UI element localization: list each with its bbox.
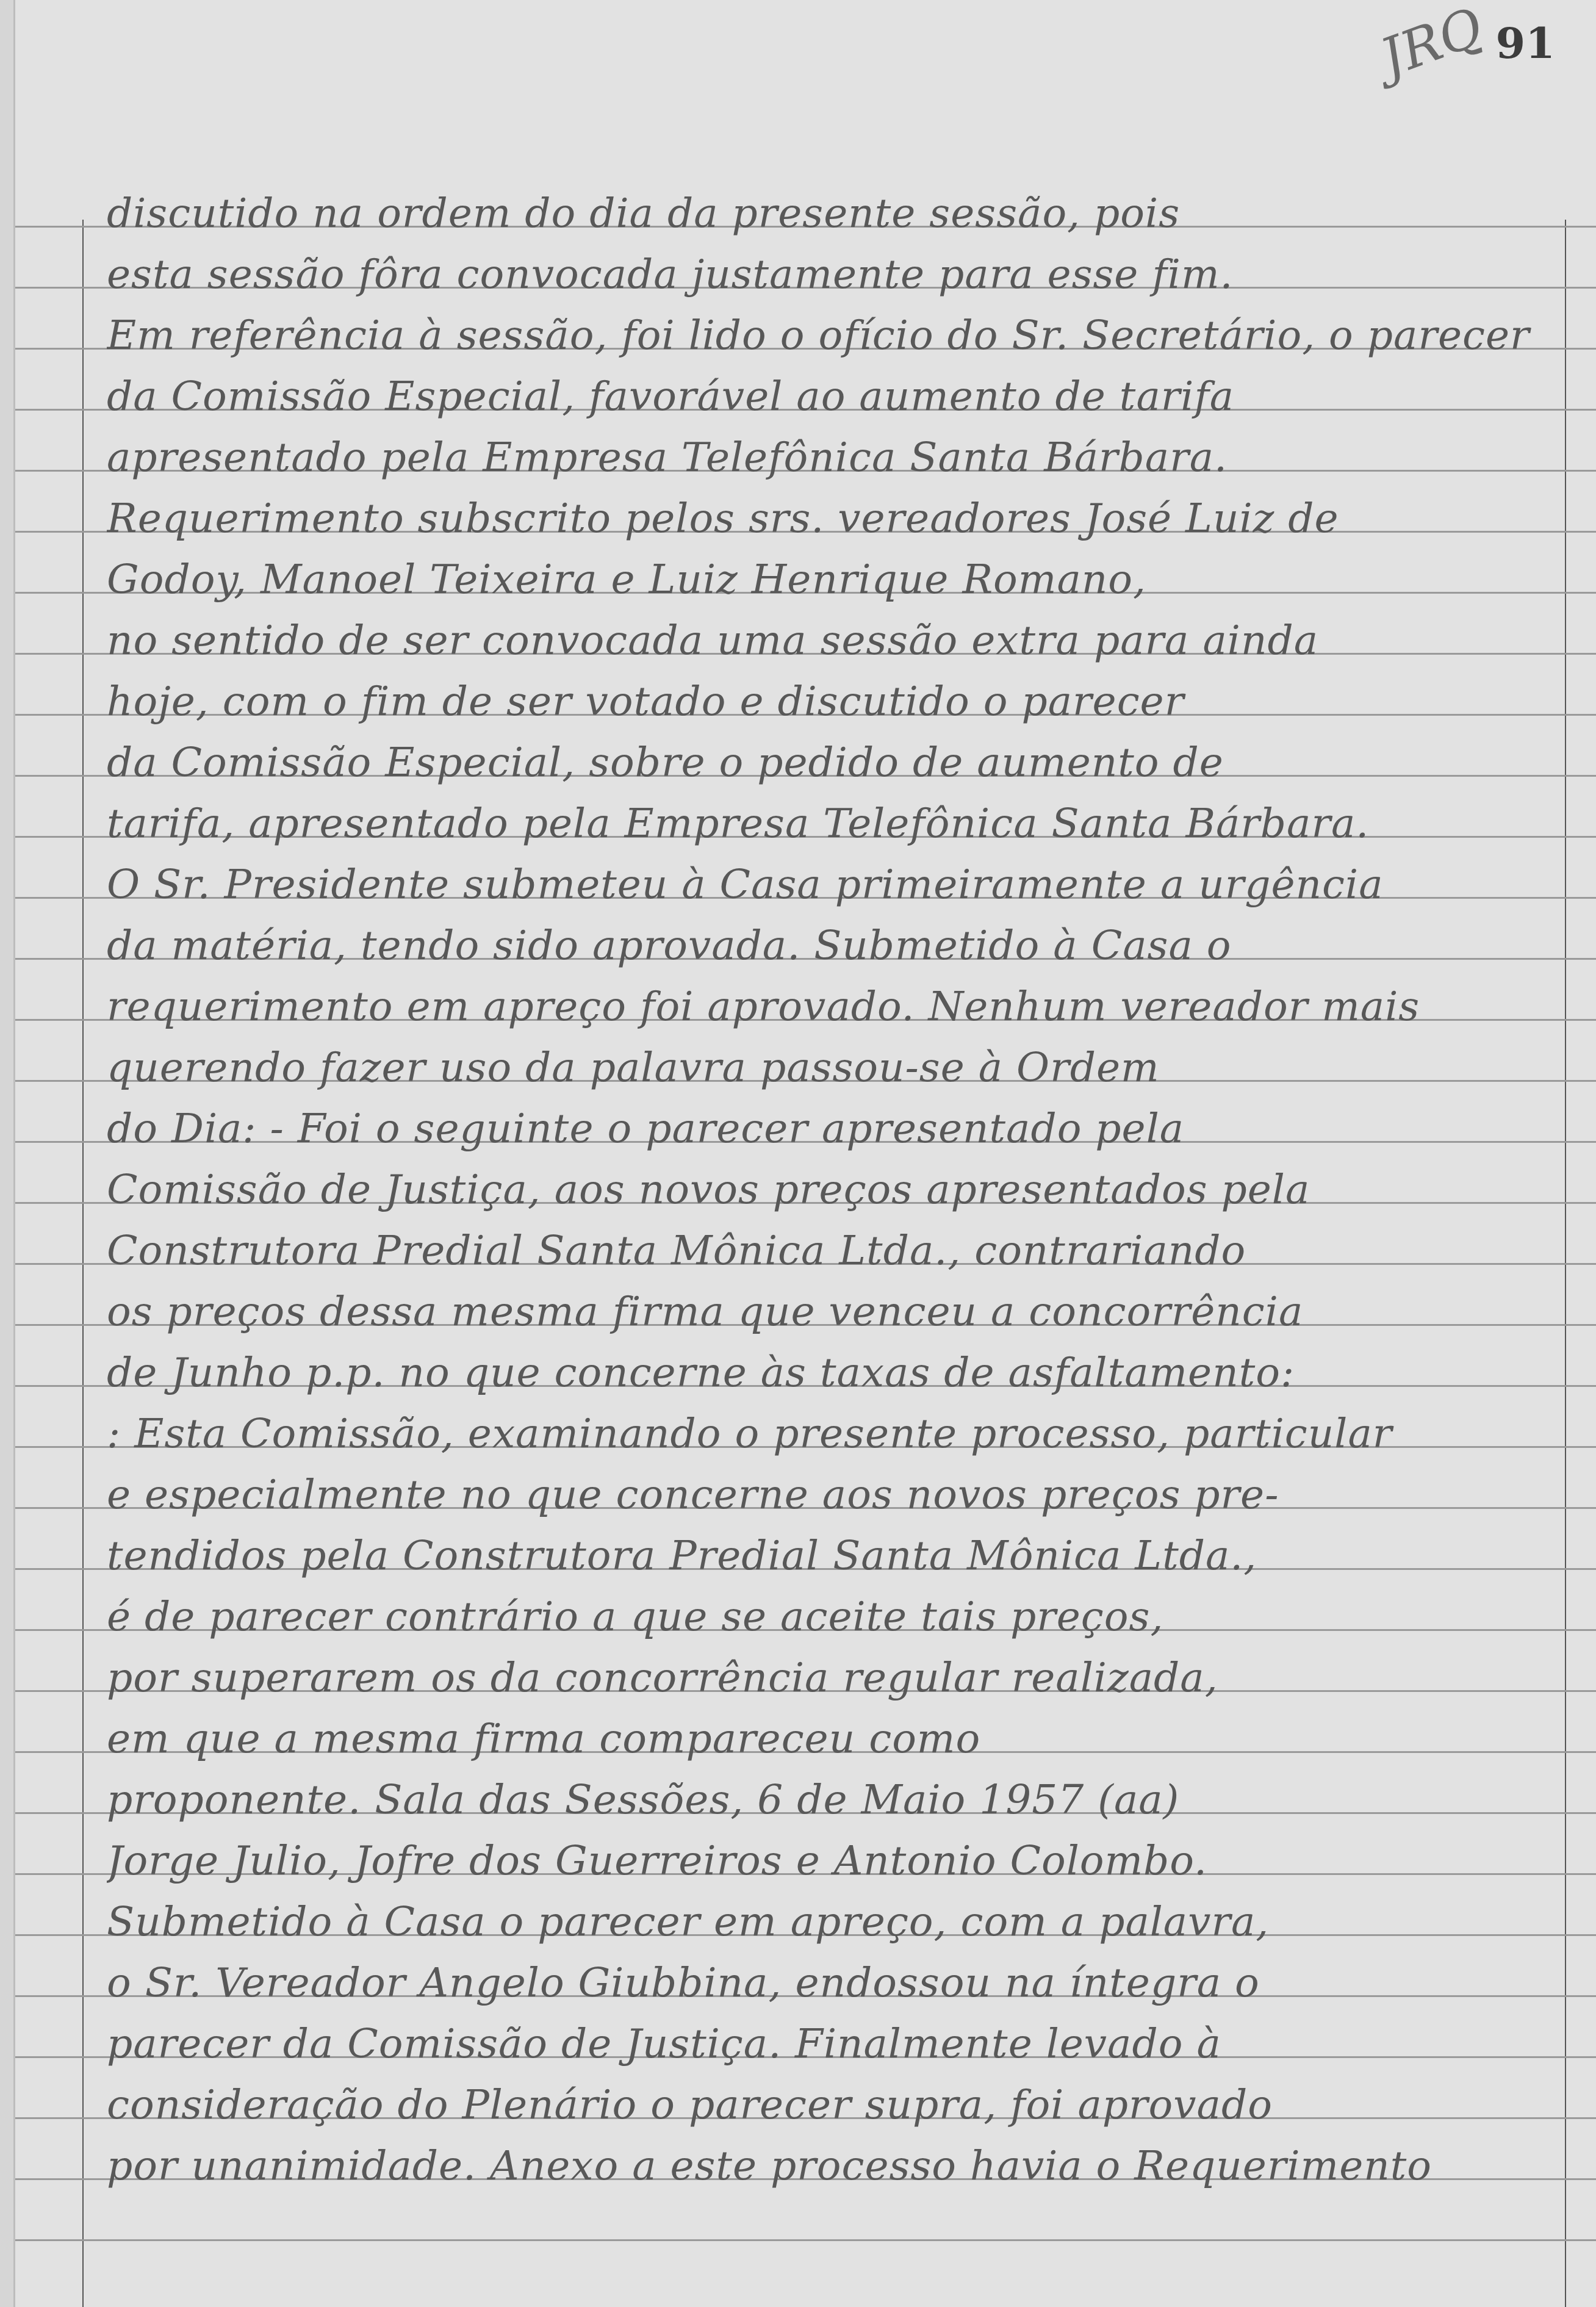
ledger-page: JRQ 91 discutido na ordem do dia da pres…	[13, 0, 1596, 2307]
text-line: por superarem os da concorrência regular…	[107, 1647, 1565, 1708]
text-line: requerimento em apreço foi aprovado. Nen…	[107, 976, 1565, 1037]
text-line: e especialmente no que concerne aos novo…	[107, 1464, 1565, 1525]
text-line: esta sessão fôra convocada justamente pa…	[107, 244, 1565, 305]
text-line: Godoy, Manoel Teixeira e Luiz Henrique R…	[107, 549, 1565, 610]
text-line: Comissão de Justiça, aos novos preços ap…	[107, 1159, 1565, 1220]
text-line: Submetido à Casa o parecer em apreço, co…	[107, 1891, 1565, 1952]
text-line: da matéria, tendo sido aprovada. Submeti…	[107, 915, 1565, 976]
text-line: de Junho p.p. no que concerne às taxas d…	[107, 1342, 1565, 1403]
text-line: da Comissão Especial, sobre o pedido de …	[107, 732, 1565, 793]
text-line: O Sr. Presidente submeteu à Casa primeir…	[107, 854, 1565, 915]
text-line: é de parecer contrário a que se aceite t…	[107, 1586, 1565, 1647]
text-line: Construtora Predial Santa Mônica Ltda., …	[107, 1220, 1565, 1281]
text-line: no sentido de ser convocada uma sessão e…	[107, 610, 1565, 671]
initials-signature: JRQ	[1373, 0, 1491, 89]
text-line: : Esta Comissão, examinando o presente p…	[107, 1403, 1565, 1464]
text-line: os preços dessa mesma firma que venceu a…	[107, 1281, 1565, 1342]
text-line: consideração do Plenário o parecer supra…	[107, 2075, 1565, 2136]
text-line: Requerimento subscrito pelos srs. veread…	[107, 488, 1565, 549]
text-line: hoje, com o fim de ser votado e discutid…	[107, 671, 1565, 732]
page-number: 91	[1496, 18, 1555, 68]
text-line: querendo fazer uso da palavra passou-se …	[107, 1037, 1565, 1098]
text-line: em que a mesma firma compareceu como	[107, 1708, 1565, 1769]
text-line: parecer da Comissão de Justiça. Finalmen…	[107, 2014, 1565, 2075]
text-line: o Sr. Vereador Angelo Giubbina, endossou…	[107, 1952, 1565, 2014]
ruled-line	[15, 2239, 1596, 2241]
text-line: tarifa, apresentado pela Empresa Telefôn…	[107, 793, 1565, 854]
text-line: discutido na ordem do dia da presente se…	[107, 183, 1565, 244]
text-line: tendidos pela Construtora Predial Santa …	[107, 1525, 1565, 1586]
text-line: Jorge Julio, Jofre dos Guerreiros e Anto…	[107, 1830, 1565, 1891]
text-line: proponente. Sala das Sessões, 6 de Maio …	[107, 1769, 1565, 1830]
text-line: Em referência à sessão, foi lido o ofíci…	[107, 305, 1565, 366]
text-line: apresentado pela Empresa Telefônica Sant…	[107, 427, 1565, 488]
text-line: por unanimidade. Anexo a este processo h…	[107, 2136, 1565, 2197]
text-line: da Comissão Especial, favorável ao aumen…	[107, 366, 1565, 427]
text-line: do Dia: - Foi o seguinte o parecer apres…	[107, 1098, 1565, 1159]
handwritten-text-block: discutido na ordem do dia da presente se…	[107, 183, 1565, 2197]
page-header: JRQ 91	[1380, 12, 1555, 73]
